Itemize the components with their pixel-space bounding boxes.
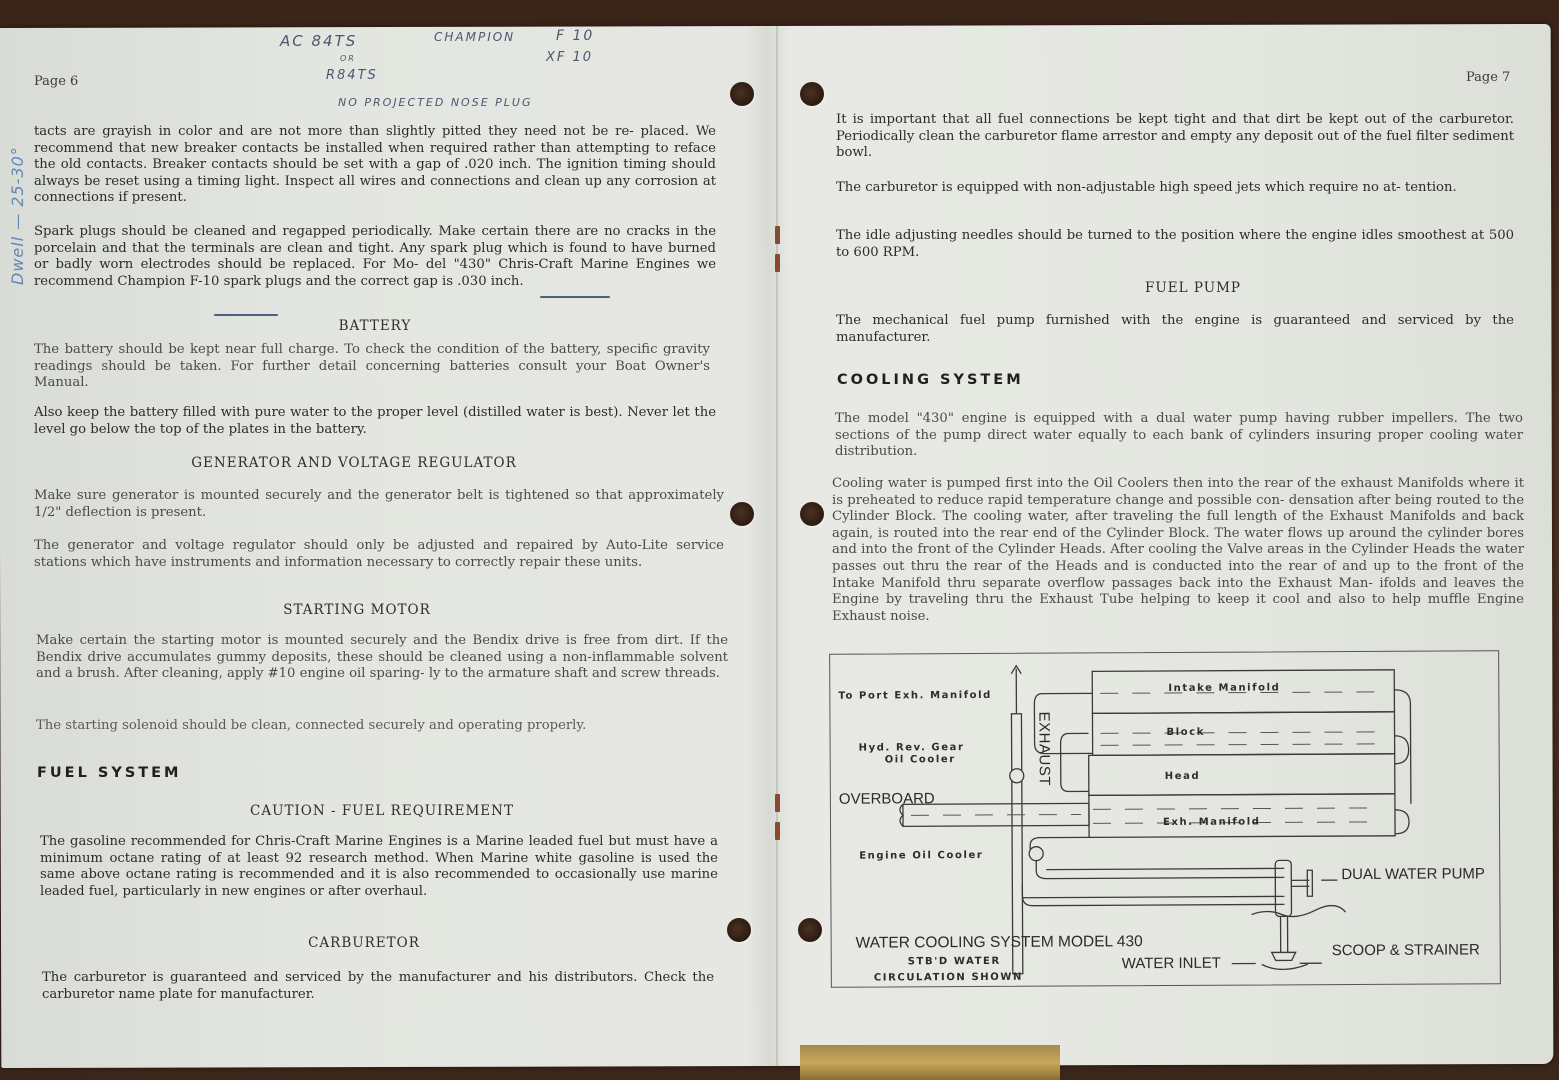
handwritten-note: R84TS: [326, 68, 378, 83]
label-head: Head: [1165, 771, 1201, 782]
staple: [775, 226, 780, 244]
label-dual-water-pump: DUAL WATER PUMP: [1341, 865, 1485, 883]
heading-generator: GENERATOR AND VOLTAGE REGULATOR: [34, 455, 674, 471]
paragraph-generator-1: Make sure generator is mounted securely …: [34, 488, 724, 521]
binder-hole: [730, 502, 754, 526]
staple: [775, 822, 780, 840]
handwritten-note: NO PROJECTED NOSE PLUG: [338, 96, 532, 109]
handwritten-note: XF 10: [546, 50, 593, 65]
label-exhaust: EXHAUST: [1035, 712, 1052, 786]
label-scoop-strainer: SCOOP & STRAINER: [1332, 941, 1480, 959]
binder-hole: [727, 918, 751, 942]
binding-fold: [776, 26, 778, 1066]
paragraph-carburetor: The carburetor is guaranteed and service…: [42, 970, 714, 1003]
label-water-inlet: WATER INLET: [1122, 955, 1221, 973]
diagram-subtitle: STB'D WATER: [908, 956, 1001, 967]
diagram-title: WATER COOLING SYSTEM MODEL 430: [856, 933, 1143, 953]
section-title-fuel-system: FUEL SYSTEM: [37, 765, 181, 781]
ink-underline: [540, 296, 610, 298]
label-engine-oil-cooler: Engine Oil Cooler: [859, 850, 983, 862]
label-hyd-oil-cooler: Oil Cooler: [885, 754, 956, 765]
heading-fuel-pump: FUEL PUMP: [836, 280, 1550, 296]
margin-note: Dwell — 25-30°: [8, 146, 27, 285]
binder-hole: [798, 918, 822, 942]
page-number: Page 6: [34, 74, 78, 89]
paragraph-generator-2: The generator and voltage regulator shou…: [34, 538, 724, 571]
handwritten-note: AC 84TS: [280, 32, 357, 50]
page-number: Page 7: [1466, 70, 1510, 85]
diagram-subtitle: CIRCULATION SHOWN: [874, 972, 1023, 984]
label-intake-manifold: Intake Manifold: [1168, 682, 1280, 694]
paragraph-starting-2: The starting solenoid should be clean, c…: [36, 718, 716, 735]
paragraph-breaker-contacts: tacts are grayish in color and are not m…: [34, 124, 716, 207]
label-exh-manifold: Exh. Manifold: [1163, 816, 1261, 828]
heading-battery: BATTERY: [34, 318, 716, 334]
section-title-cooling-system: COOLING SYSTEM: [837, 372, 1024, 388]
water-cooling-diagram: To Port Exh. Manifold Hyd. Rev. Gear Oil…: [829, 650, 1501, 988]
label-block: Block: [1167, 727, 1206, 738]
paragraph-cooling-1: The model "430" engine is equipped with …: [835, 411, 1523, 461]
handwritten-note: CHAMPION: [434, 30, 515, 44]
ink-underline: [214, 314, 278, 316]
heading-caution: CAUTION - FUEL REQUIREMENT: [34, 803, 730, 819]
paragraph-cooling-2: Cooling water is pumped first into the O…: [832, 476, 1524, 625]
heading-carburetor: CARBURETOR: [34, 935, 694, 951]
binder-hole: [730, 82, 754, 106]
paragraph-jets: The carburetor is equipped with non-adju…: [836, 180, 1514, 197]
paragraph-spark-plugs: Spark plugs should be cleaned and regapp…: [34, 224, 716, 290]
brass-hinge: [800, 1045, 1060, 1080]
staple: [775, 794, 780, 812]
label-hyd-rev-gear: Hyd. Rev. Gear: [859, 742, 965, 754]
paragraph-idle: The idle adjusting needles should be tur…: [836, 228, 1514, 261]
handwritten-note: F 10: [556, 28, 594, 44]
paragraph-fuel-pump: The mechanical fuel pump furnished with …: [836, 313, 1514, 346]
paragraph-fuel-connections: It is important that all fuel connection…: [836, 112, 1514, 162]
paragraph-battery-1: The battery should be kept near full cha…: [34, 342, 710, 392]
paragraph-fuel-requirement: The gasoline recommended for Chris-Craft…: [40, 834, 718, 900]
heading-starting-motor: STARTING MOTOR: [34, 602, 680, 618]
handwritten-note: OR: [340, 54, 356, 63]
paragraph-starting-1: Make certain the starting motor is mount…: [36, 633, 728, 683]
binder-hole: [800, 502, 824, 526]
label-overboard: OVERBOARD: [839, 790, 935, 808]
paragraph-battery-2: Also keep the battery filled with pure w…: [34, 405, 716, 438]
staple: [775, 254, 780, 272]
binder-hole: [800, 82, 824, 106]
label-port-exh-manifold: To Port Exh. Manifold: [838, 690, 992, 702]
